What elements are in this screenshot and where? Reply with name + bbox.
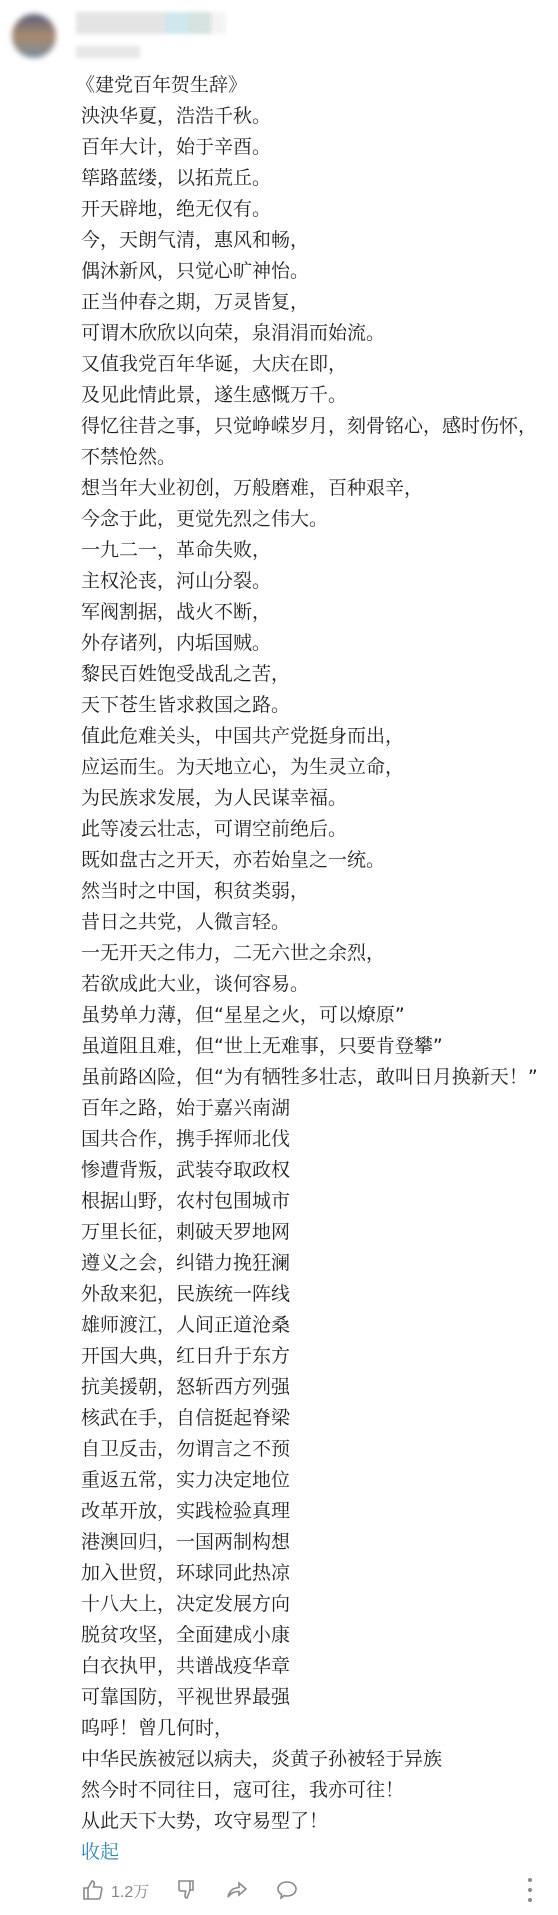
poem-line: 加入世贸，环球同此热凉: [81, 1558, 548, 1589]
action-bar: 1.2万: [81, 1875, 548, 1905]
poem-line: 天下苍生皆求救国之路。: [81, 690, 548, 721]
poem-line: 核武在手，自信挺起脊梁: [81, 1403, 548, 1434]
poem-line: 万里长征，刺破天罗地网: [81, 1217, 548, 1248]
poem-line: 此等凌云壮志，可谓空前绝后。: [81, 814, 548, 845]
poem-line: 虽势单力薄，但“星星之火，可以燎原”: [81, 1000, 548, 1031]
more-icon-dot: [528, 1888, 532, 1892]
avatar[interactable]: [12, 14, 56, 58]
poem-line: 既如盘古之开天，亦若始皇之一统。: [81, 845, 548, 876]
poem-lines: 泱泱华夏，浩浩千秋。百年大计，始于辛酉。筚路蓝缕，以拓荒丘。开天辟地，绝无仅有。…: [81, 101, 548, 1837]
more-button[interactable]: [526, 1875, 534, 1905]
poem-line: 值此危难关头，中国共产党挺身而出，: [81, 721, 548, 752]
more-icon: [528, 1878, 532, 1882]
poem-line: 遵义之会，纠错力挽狂澜: [81, 1248, 548, 1279]
poem-line: 港澳回归，一国两制构想: [81, 1527, 548, 1558]
poem-line: 一无开天之伟力，二无六世之余烈，: [81, 938, 548, 969]
poem-line: 可靠国防，平视世界最强: [81, 1682, 548, 1713]
meta-info-blurred: [76, 46, 140, 58]
poem-line: 白衣执甲，共谱战疫华章: [81, 1651, 548, 1682]
poem-line: 外敌来犯，民族统一阵线: [81, 1279, 548, 1310]
poem-line: 虽前路凶险，但“为有牺牲多壮志，敢叫日月换新天！”: [81, 1062, 548, 1093]
poem-line: 开国大典，红日升于东方: [81, 1341, 548, 1372]
poem-title: 《建党百年贺生辞》: [76, 70, 548, 101]
poem-line: 雄师渡江，人间正道沧桑: [81, 1310, 548, 1341]
dislike-button[interactable]: [175, 1878, 199, 1902]
thumbs-down-icon: [175, 1878, 199, 1902]
poem-line: 及见此情此景，遂生感慨万千。: [81, 380, 548, 411]
poem-line: 呜呼！曾几何时，: [81, 1713, 548, 1744]
poem-line: 应运而生。为天地立心，为生灵立命，: [81, 752, 548, 783]
poem-line: 今念于此，更觉先烈之伟大。: [81, 504, 548, 535]
like-count: 1.2万: [111, 1879, 149, 1902]
poem-line: 开天辟地，绝无仅有。: [81, 194, 548, 225]
share-icon: [225, 1878, 249, 1902]
comment-icon: [275, 1878, 299, 1902]
poem-line: 十八大上，决定发展方向: [81, 1589, 548, 1620]
poem-line: 国共合作，携手挥师北伐: [81, 1124, 548, 1155]
poem-line: 为民族求发展，为人民谋幸福。: [81, 783, 548, 814]
poem-line: 军阀割据，战火不断，: [81, 597, 548, 628]
poem-line: 偶沐新风，只觉心旷神怡。: [81, 256, 548, 287]
poem-line: 自卫反击，勿谓言之不预: [81, 1434, 548, 1465]
share-button[interactable]: [225, 1878, 249, 1902]
comment-body: 《建党百年贺生辞》 泱泱华夏，浩浩千秋。百年大计，始于辛酉。筚路蓝缕，以拓荒丘。…: [81, 70, 548, 1868]
poem-line: 正当仲春之期，万灵皆复，: [81, 287, 548, 318]
poem-line: 然今时不同往日，寇可往，我亦可往！: [81, 1775, 548, 1806]
poem-line: 得忆往昔之事，只觉峥嵘岁月，刻骨铭心，感时伤怀，: [81, 411, 548, 442]
poem-line: 虽道阻且难，但“世上无难事，只要肯登攀”: [81, 1031, 548, 1062]
poem-line: 从此天下大势，攻守易型了！: [81, 1806, 548, 1837]
poem-line: 不禁怆然。: [81, 442, 548, 473]
poem-line: 一九二一，革命失败，: [81, 535, 548, 566]
poem-line: 百年之路，始于嘉兴南湖: [81, 1093, 548, 1124]
collapse-link[interactable]: 收起: [81, 1837, 548, 1868]
poem-line: 根据山野，农村包围城市: [81, 1186, 548, 1217]
poem-line: 脱贫攻坚，全面建成小康: [81, 1620, 548, 1651]
thumbs-up-icon: [81, 1878, 105, 1902]
poem-line: 惨遭背叛，武装夺取政权: [81, 1155, 548, 1186]
username-blurred[interactable]: [76, 12, 226, 34]
poem-line: 中华民族被冠以病夫，炎黄子孙被轻于异族: [81, 1744, 548, 1775]
poem-line: 又值我党百年华诞，大庆在即，: [81, 349, 548, 380]
poem-line: 外存诸列，内垢国贼。: [81, 628, 548, 659]
poem-line: 若欲成此大业，谈何容易。: [81, 969, 548, 1000]
poem-line: 主权沦丧，河山分裂。: [81, 566, 548, 597]
poem-line: 抗美援朝，怒斩西方列强: [81, 1372, 548, 1403]
poem-line: 可谓木欣欣以向荣，泉涓涓而始流。: [81, 318, 548, 349]
more-icon-dot: [528, 1898, 532, 1902]
like-button[interactable]: 1.2万: [81, 1878, 149, 1902]
poem-line: 黎民百姓饱受战乱之苦，: [81, 659, 548, 690]
poem-line: 想当年大业初创，万般磨难，百种艰辛，: [81, 473, 548, 504]
poem-line: 然当时之中国，积贫类弱，: [81, 876, 548, 907]
poem-line: 筚路蓝缕，以拓荒丘。: [81, 163, 548, 194]
poem-line: 今，天朗气清，惠风和畅，: [81, 225, 548, 256]
poem-line: 改革开放，实践检验真理: [81, 1496, 548, 1527]
poem-line: 昔日之共党，人微言轻。: [81, 907, 548, 938]
comment-button[interactable]: [275, 1878, 299, 1902]
poem-line: 重返五常，实力决定地位: [81, 1465, 548, 1496]
poem-line: 百年大计，始于辛酉。: [81, 132, 548, 163]
poem-line: 泱泱华夏，浩浩千秋。: [81, 101, 548, 132]
